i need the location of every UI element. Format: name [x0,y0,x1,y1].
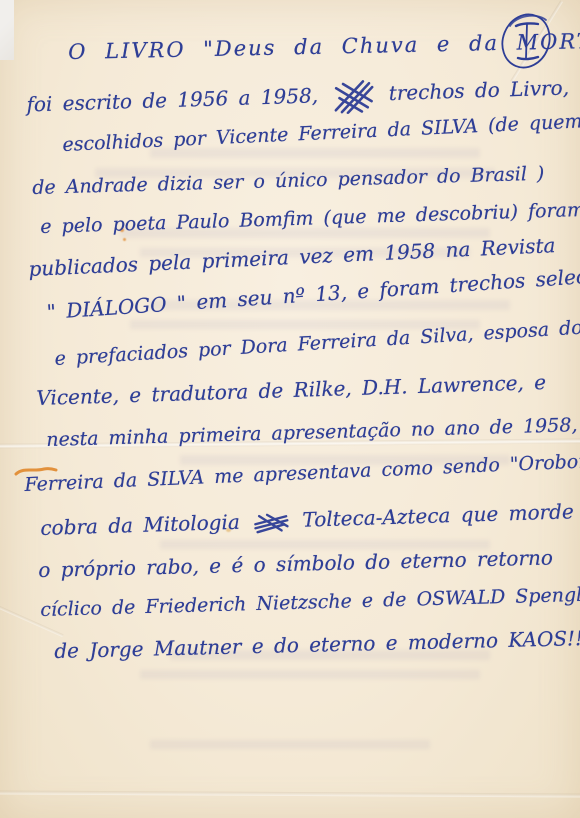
line-text: foi escrito de 1956 a 1958, [26,83,318,116]
scribbled-out-word-icon [253,511,290,534]
scanned-manuscript-page: I O LIVRO "Deus da Chuva e da MORTE" foi… [0,0,580,818]
line-text: trechos do Livro, [388,75,569,105]
scan-edge [0,0,14,60]
scribbled-out-word-icon [331,77,376,114]
ink-stain [123,238,126,241]
